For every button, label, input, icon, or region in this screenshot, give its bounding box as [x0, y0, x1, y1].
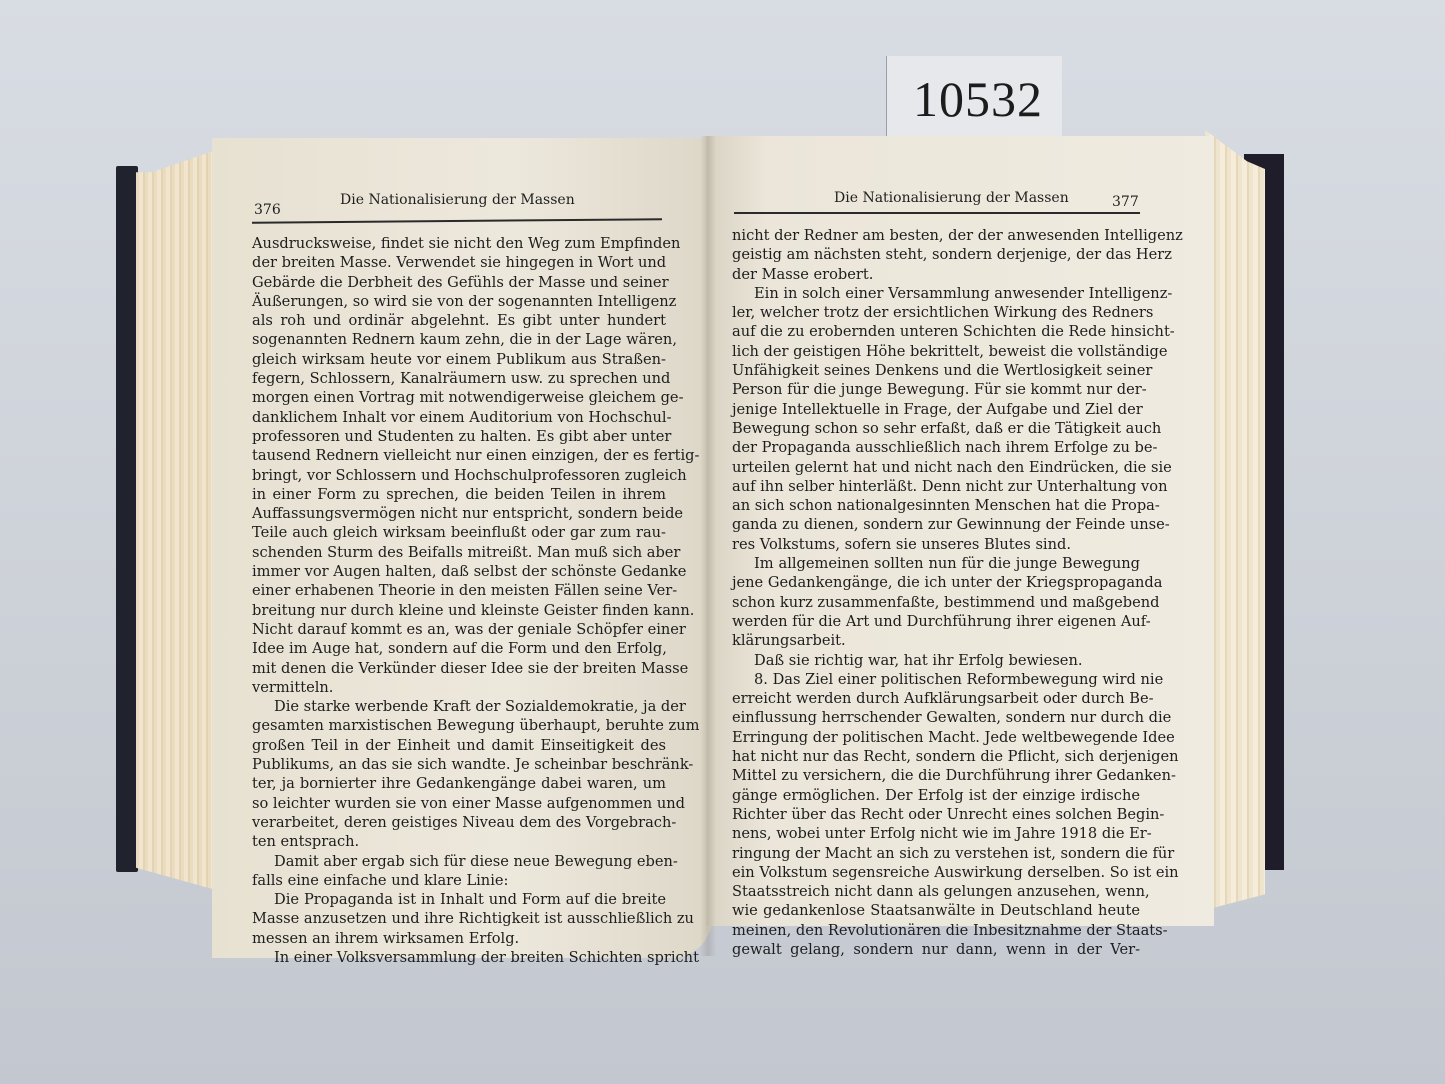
text-line: ter, ja bornierter ihre Gedankengänge da…: [252, 774, 666, 793]
text-line: ler, welcher trotz der ersichtlichen Wir…: [732, 303, 1140, 322]
text-line: wie gedankenlose Staatsanwälte in Deutsc…: [732, 901, 1140, 920]
text-line: schon kurz zusammenfaßte, bestimmend und…: [732, 593, 1140, 612]
text-line: Masse anzusetzen und ihre Richtigkeit is…: [252, 909, 666, 928]
text-line: lich der geistigen Höhe bekrittelt, bewe…: [732, 342, 1140, 361]
text-line: nicht der Redner am besten, der der anwe…: [732, 226, 1140, 245]
text-line: verarbeitet, deren geistiges Niveau dem …: [252, 813, 666, 832]
text-line: klärungsarbeit.: [732, 631, 1140, 650]
text-line: der breiten Masse. Verwendet sie hingege…: [252, 253, 666, 272]
right-running-head: Die Nationalisierung der Massen: [834, 190, 1069, 206]
text-line: ten entsprach.: [252, 832, 666, 851]
text-line: gänge ermöglichen. Der Erfolg ist der ei…: [732, 786, 1140, 805]
text-line: jene Gedankengänge, die ich unter der Kr…: [732, 573, 1140, 592]
text-line: Staatsstreich nicht dann als gelungen an…: [732, 882, 1140, 901]
text-line: in einer Form zu sprechen, die beiden Te…: [252, 485, 666, 504]
page-edges-left: [136, 150, 216, 890]
left-running-head: Die Nationalisierung der Massen: [340, 192, 575, 208]
text-line: Daß sie richtig war, hat ihr Erfolg bewi…: [732, 651, 1140, 670]
text-line: messen an ihrem wirksamen Erfolg.: [252, 929, 666, 948]
text-line: nens, wobei unter Erfolg nicht wie im Ja…: [732, 824, 1140, 843]
text-line: werden für die Art und Durchführung ihre…: [732, 612, 1140, 631]
text-line: erreicht werden durch Aufklärungsarbeit …: [732, 689, 1140, 708]
text-line: als roh und ordinär abgelehnt. Es gibt u…: [252, 311, 666, 330]
text-line: immer vor Augen halten, daß selbst der s…: [252, 562, 666, 581]
text-line: breitung nur durch kleine und kleinste G…: [252, 601, 666, 620]
text-line: bringt, vor Schlossern und Hochschulprof…: [252, 466, 666, 485]
text-line: urteilen gelernt hat und nicht nach den …: [732, 458, 1140, 477]
left-header-rule: [252, 218, 662, 223]
text-line: auf ihn selber hinterläßt. Denn nicht zu…: [732, 477, 1140, 496]
text-line: tausend Rednern vielleicht nur einen ein…: [252, 446, 666, 465]
page-edges-right: [1205, 130, 1265, 910]
inventory-label: 10532: [886, 56, 1062, 142]
text-line: gleich wirksam heute vor einem Publikum …: [252, 350, 666, 369]
text-line: geistig am nächsten steht, sondern derje…: [732, 245, 1140, 264]
text-line: Damit aber ergab sich für diese neue Bew…: [252, 852, 666, 871]
text-line: der Propaganda ausschließlich nach ihrem…: [732, 438, 1140, 457]
text-line: 8. Das Ziel einer politischen Reformbewe…: [732, 670, 1140, 689]
text-line: Ausdrucksweise, findet sie nicht den Weg…: [252, 234, 666, 253]
text-line: Richter über das Recht oder Unrecht eine…: [732, 805, 1140, 824]
text-line: einer erhabenen Theorie in den meisten F…: [252, 581, 666, 600]
text-line: Nicht darauf kommt es an, was der genial…: [252, 620, 666, 639]
text-line: Teile auch gleich wirksam beeinflußt ode…: [252, 523, 666, 542]
text-line: morgen einen Vortrag mit notwendigerweis…: [252, 388, 666, 407]
text-line: Idee im Auge hat, sondern auf die Form u…: [252, 639, 666, 658]
text-line: schenden Sturm des Beifalls mitreißt. Ma…: [252, 543, 666, 562]
text-line: meinen, den Revolutionären die Inbesitzn…: [732, 921, 1140, 940]
left-page-body: Ausdrucksweise, findet sie nicht den Weg…: [252, 234, 666, 967]
text-line: Bewegung schon so sehr erfaßt, daß er di…: [732, 419, 1140, 438]
text-line: Die starke werbende Kraft der Sozialdemo…: [252, 697, 666, 716]
right-page: Die Nationalisierung der Massen 377 nich…: [706, 136, 1214, 926]
text-line: hat nicht nur das Recht, sondern die Pfl…: [732, 747, 1140, 766]
book-cover-left: [116, 166, 138, 872]
text-line: gewalt gelang, sondern nur dann, wenn in…: [732, 940, 1140, 959]
text-line: großen Teil in der Einheit und damit Ein…: [252, 736, 666, 755]
text-line: In einer Volksversammlung der breiten Sc…: [252, 948, 666, 967]
text-line: professoren und Studenten zu halten. Es …: [252, 427, 666, 446]
text-line: Erringung der politischen Macht. Jede we…: [732, 728, 1140, 747]
left-page-number: 376: [254, 202, 281, 218]
text-line: Ein in solch einer Versammlung anwesende…: [732, 284, 1140, 303]
text-line: einflussung herrschender Gewalten, sonde…: [732, 708, 1140, 727]
text-line: jenige Intellektuelle in Frage, der Aufg…: [732, 400, 1140, 419]
text-line: ringung der Macht an sich zu verstehen i…: [732, 844, 1140, 863]
text-line: Mittel zu versichern, die die Durchführu…: [732, 766, 1140, 785]
text-line: vermitteln.: [252, 678, 666, 697]
text-line: Auffassungsvermögen nicht nur entspricht…: [252, 504, 666, 523]
text-line: Äußerungen, so wird sie von der sogenann…: [252, 292, 666, 311]
right-page-body: nicht der Redner am besten, der der anwe…: [732, 226, 1140, 959]
right-header-rule: [734, 212, 1140, 214]
text-line: mit denen die Verkünder dieser Idee sie …: [252, 659, 666, 678]
left-page: 376 Die Nationalisierung der Massen Ausd…: [212, 138, 712, 958]
text-line: ein Volkstum segensreiche Auswirkung der…: [732, 863, 1140, 882]
text-line: Im allgemeinen sollten nun für die junge…: [732, 554, 1140, 573]
text-line: so leichter wurden sie von einer Masse a…: [252, 794, 666, 813]
text-line: Unfähigkeit seines Denkens und die Wertl…: [732, 361, 1140, 380]
text-line: an sich schon nationalgesinnten Menschen…: [732, 496, 1140, 515]
book-gutter: [700, 136, 716, 956]
text-line: Die Propaganda ist in Inhalt und Form au…: [252, 890, 666, 909]
text-line: sogenannten Rednern kaum zehn, die in de…: [252, 330, 666, 349]
text-line: danklichem Inhalt vor einem Auditorium v…: [252, 408, 666, 427]
text-line: Publikums, an das sie sich wandte. Je sc…: [252, 755, 666, 774]
inventory-number: 10532: [913, 70, 1043, 128]
text-line: Person für die junge Bewegung. Für sie k…: [732, 380, 1140, 399]
text-line: Gebärde die Derbheit des Gefühls der Mas…: [252, 273, 666, 292]
text-line: der Masse erobert.: [732, 265, 1140, 284]
text-line: auf die zu erobernden unteren Schichten …: [732, 322, 1140, 341]
text-line: res Volkstums, sofern sie unseres Blutes…: [732, 535, 1140, 554]
right-page-number: 377: [1112, 194, 1139, 210]
text-line: ganda zu dienen, sondern zur Gewinnung d…: [732, 515, 1140, 534]
text-line: gesamten marxistischen Bewegung überhaup…: [252, 716, 666, 735]
text-line: fegern, Schlossern, Kanalräumern usw. zu…: [252, 369, 666, 388]
text-line: falls eine einfache und klare Linie:: [252, 871, 666, 890]
